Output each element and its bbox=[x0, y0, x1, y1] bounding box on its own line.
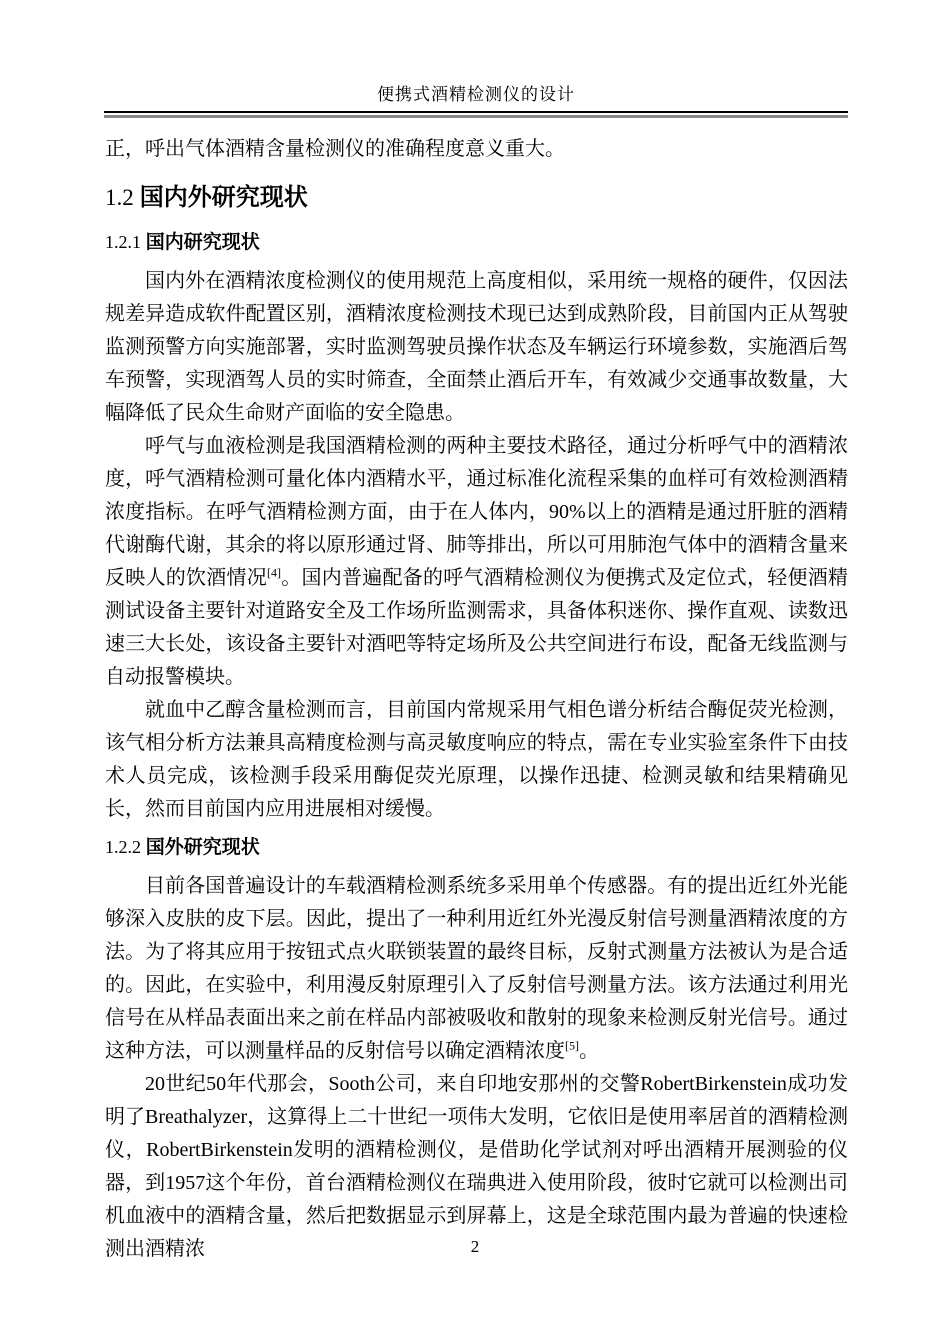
page-header: 便携式酒精检测仪的设计 bbox=[104, 84, 848, 118]
citation-ref: [4] bbox=[267, 565, 281, 579]
page-number: 2 bbox=[471, 1237, 480, 1256]
heading-number: 1.2 bbox=[105, 185, 134, 210]
subsection-heading: 1.2.1 国内研究现状 bbox=[105, 229, 848, 256]
header-title: 便携式酒精检测仪的设计 bbox=[104, 84, 848, 106]
header-rule bbox=[104, 111, 848, 118]
heading-number: 1.2.2 bbox=[105, 837, 141, 857]
paragraph: 国内外在酒精浓度检测仪的使用规范上高度相似，采用统一规格的硬件，仅因法规差异造成… bbox=[105, 265, 848, 430]
paragraph: 目前各国普遍设计的车载酒精检测系统多采用单个传感器。有的提出近红外光能够深入皮肤… bbox=[105, 870, 848, 1068]
heading-number: 1.2.1 bbox=[105, 232, 141, 252]
page-footer: 2 bbox=[0, 1236, 950, 1258]
section-heading: 1.2 国内外研究现状 bbox=[105, 182, 848, 214]
document-page: 便携式酒精检测仪的设计 正，呼出气体酒精含量检测仪的准确程度意义重大。1.2 国… bbox=[0, 0, 950, 1344]
heading-text: 国内外研究现状 bbox=[140, 184, 308, 211]
paragraph: 就血中乙醇含量检测而言，目前国内常规采用气相色谱分析结合酶促荧光检测，该气相分析… bbox=[105, 694, 848, 826]
paragraph: 正，呼出气体酒精含量检测仪的准确程度意义重大。 bbox=[105, 133, 848, 166]
heading-text: 国内研究现状 bbox=[146, 232, 260, 253]
heading-text: 国外研究现状 bbox=[146, 837, 260, 858]
document-body: 正，呼出气体酒精含量检测仪的准确程度意义重大。1.2 国内外研究现状1.2.1 … bbox=[105, 121, 848, 1266]
subsection-heading: 1.2.2 国外研究现状 bbox=[105, 834, 848, 861]
citation-ref: [5] bbox=[565, 1038, 579, 1052]
paragraph: 呼气与血液检测是我国酒精检测的两种主要技术路径，通过分析呼气中的酒精浓度，呼气酒… bbox=[105, 430, 848, 694]
